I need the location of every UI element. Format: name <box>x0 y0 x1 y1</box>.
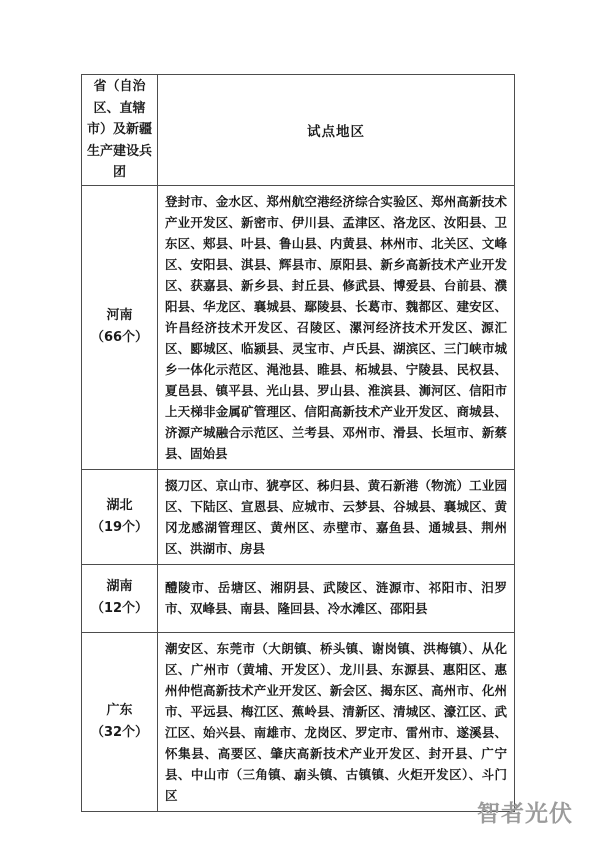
table-row: 河南 （66个） 登封市、金水区、郑州航空港经济综合实验区、郑州高新技术产业开发… <box>82 185 515 469</box>
page-number: 4 <box>81 770 514 784</box>
pilot-areas-column-header: 试点地区 <box>158 75 515 186</box>
province-count: （12个） <box>84 598 155 620</box>
table-row: 湖南 （12个） 醴陵市、岳塘区、湘阴县、武陵区、涟源市、祁阳市、汨罗市、双峰县… <box>82 564 515 632</box>
province-cell: 湖南 （12个） <box>82 564 158 632</box>
province-column-header: 省（自治区、直辖市）及新疆生产建设兵团 <box>82 75 158 186</box>
regions-cell: 登封市、金水区、郑州航空港经济综合实验区、郑州高新技术产业开发区、新密市、伊川县… <box>158 185 515 469</box>
province-cell: 河南 （66个） <box>82 185 158 469</box>
province-name: 广东 <box>84 700 155 722</box>
province-cell: 湖北 （19个） <box>82 469 158 564</box>
regions-cell: 醴陵市、岳塘区、湘阴县、武陵区、涟源市、祁阳市、汨罗市、双峰县、南县、隆回县、冷… <box>158 564 515 632</box>
pilot-areas-table: 省（自治区、直辖市）及新疆生产建设兵团 试点地区 河南 （66个） 登封市、金水… <box>81 74 515 812</box>
province-name: 湖南 <box>84 576 155 598</box>
table-row: 湖北 （19个） 掇刀区、京山市、猇亭区、秭归县、黄石新港（物流）工业园区、下陆… <box>82 469 515 564</box>
province-count: （19个） <box>84 517 155 539</box>
table-row: 广东 （32个） 潮安区、东莞市（大朗镇、桥头镇、谢岗镇、洪梅镇）、从化区、广州… <box>82 632 515 811</box>
regions-cell: 掇刀区、京山市、猇亭区、秭归县、黄石新港（物流）工业园区、下陆区、宣恩县、应城市… <box>158 469 515 564</box>
province-cell: 广东 （32个） <box>82 632 158 811</box>
province-count: （32个） <box>84 722 155 744</box>
regions-cell: 潮安区、东莞市（大朗镇、桥头镇、谢岗镇、洪梅镇）、从化区、广州市（黄埔、开发区）… <box>158 632 515 811</box>
province-count: （66个） <box>84 327 155 349</box>
watermark-text: 智者光伏 <box>477 795 573 828</box>
document-page: 省（自治区、直辖市）及新疆生产建设兵团 试点地区 河南 （66个） 登封市、金水… <box>0 0 600 847</box>
province-name: 湖北 <box>84 495 155 517</box>
province-name: 河南 <box>84 305 155 327</box>
table-header-row: 省（自治区、直辖市）及新疆生产建设兵团 试点地区 <box>82 75 515 186</box>
